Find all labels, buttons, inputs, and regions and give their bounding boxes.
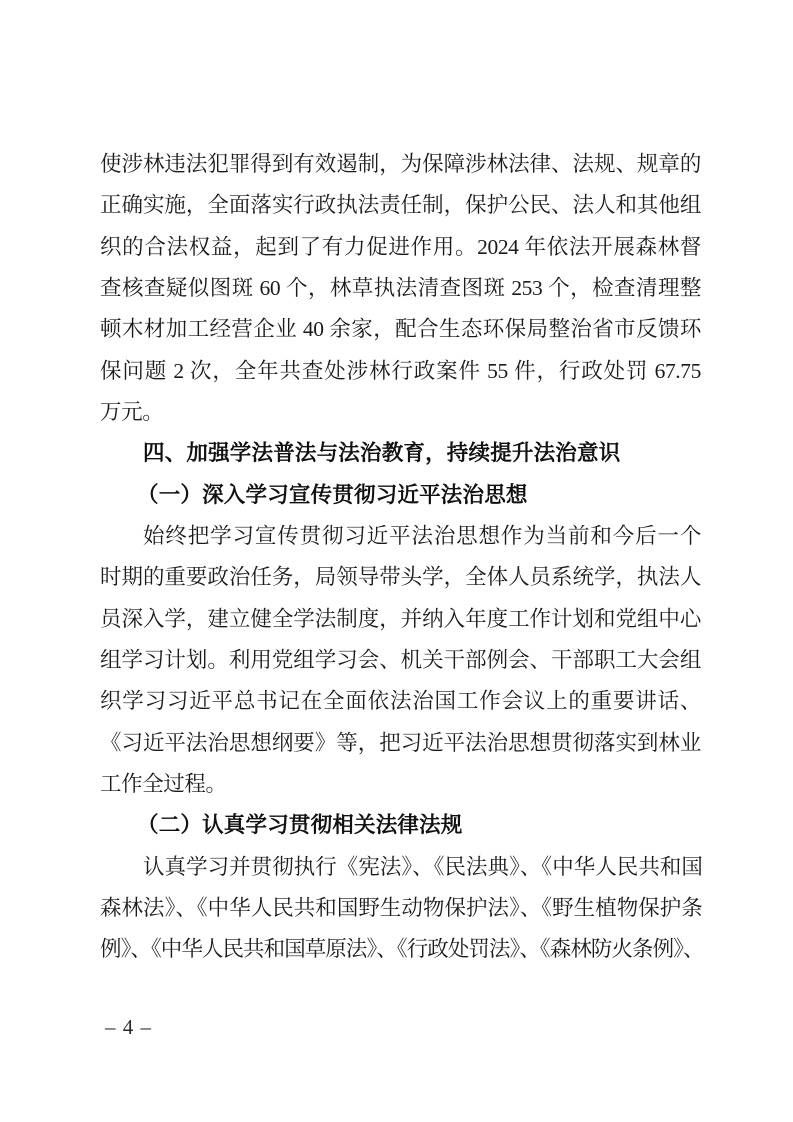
- body-line: 织学习习近平总书记在全面依法治国工作会议上的重要讲话、: [100, 681, 701, 722]
- body-line: 例》、《中华人民共和国草原法》、《行政处罚法》、《森林防火条例》、: [100, 929, 701, 970]
- document-text-block: 使涉林违法犯罪得到有效遏制，为保障涉林法律、法规、规章的 正确实施，全面落实行政…: [100, 144, 701, 971]
- subsection-heading: （一）深入学习宣传贯彻习近平法治思想: [100, 475, 701, 516]
- body-line: 查核查疑似图斑 60 个，林草执法清查图斑 253 个，检查清理整: [100, 268, 701, 309]
- section-heading: 四、加强学法普法与法治教育，持续提升法治意识: [100, 433, 701, 474]
- paragraph-end-line: 工作全过程。: [100, 764, 701, 805]
- body-line: 顿木材加工经营企业 40 余家，配合生态环保局整治省市反馈环: [100, 309, 701, 350]
- body-line: 使涉林违法犯罪得到有效遏制，为保障涉林法律、法规、规章的: [100, 144, 701, 185]
- subsection-heading: （二）认真学习贯彻相关法律法规: [100, 805, 701, 846]
- body-line: 织的合法权益，起到了有力促进作用。2024 年依法开展森林督: [100, 227, 701, 268]
- body-line: 组学习计划。利用党组学习会、机关干部例会、干部职工大会组: [100, 640, 701, 681]
- body-line: 森林法》、《中华人民共和国野生动物保护法》、《野生植物保护条: [100, 888, 701, 929]
- page-number: – 4 –: [105, 1014, 152, 1040]
- body-line: 保问题 2 次，全年共查处涉林行政案件 55 件，行政处罚 67.75: [100, 351, 701, 392]
- body-line: 时期的重要政治任务，局领导带头学，全体人员系统学，执法人: [100, 557, 701, 598]
- body-line: 正确实施，全面落实行政执法责任制，保护公民、法人和其他组: [100, 185, 701, 226]
- paragraph-end-line: 万元。: [100, 392, 701, 433]
- body-line: 员深入学，建立健全学法制度，并纳入年度工作计划和党组中心: [100, 599, 701, 640]
- document-page: 使涉林违法犯罪得到有效遏制，为保障涉林法律、法规、规章的 正确实施，全面落实行政…: [0, 0, 793, 1122]
- body-line: 《习近平法治思想纲要》等，把习近平法治思想贯彻落实到林业: [100, 723, 701, 764]
- body-line: 始终把学习宣传贯彻习近平法治思想作为当前和今后一个: [100, 516, 701, 557]
- body-line: 认真学习并贯彻执行《宪法》、《民法典》、《中华人民共和国: [100, 847, 701, 888]
